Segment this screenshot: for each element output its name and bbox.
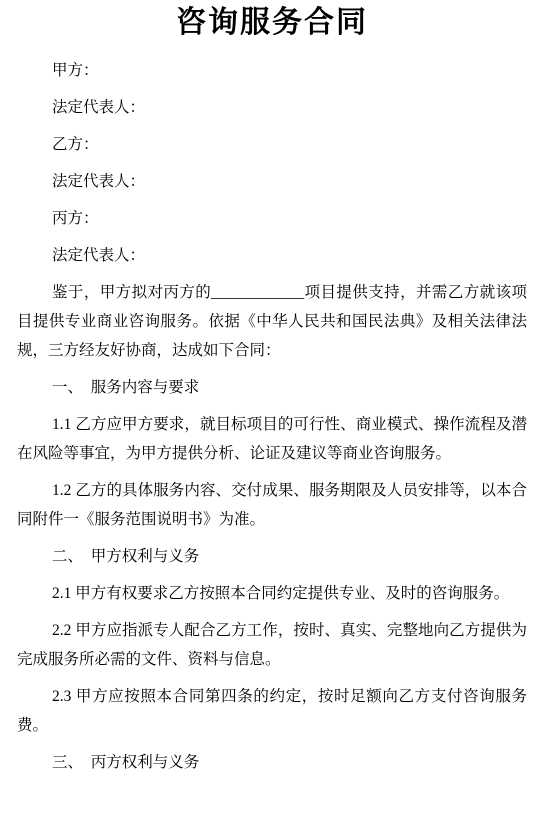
contract-page: 咨询服务合同 甲方： 法定代表人： 乙方： 法定代表人： 丙方： 法定代表人： …: [0, 0, 544, 816]
party-c-label: 丙方：: [17, 204, 527, 233]
clause-2-3: 2.3 甲方应按照本合同第四条的约定，按时足额向乙方支付咨询服务费。: [17, 682, 527, 740]
section-heading-1: 一、 服务内容与要求: [17, 373, 527, 402]
clause-2-1: 2.1 甲方有权要求乙方按照本合同约定提供专业、及时的咨询服务。: [17, 579, 527, 608]
party-b-label: 乙方：: [17, 130, 527, 159]
clause-1-2: 1.2 乙方的具体服务内容、交付成果、服务期限及人员安排等，以本合同附件一《服务…: [17, 476, 527, 534]
clause-1-1: 1.1 乙方应甲方要求，就目标项目的可行性、商业模式、操作流程及潜在风险等事宜，…: [17, 410, 527, 468]
party-a-legal-rep-label: 法定代表人：: [17, 93, 527, 122]
document-title: 咨询服务合同: [17, 2, 527, 44]
section-heading-2: 二、 甲方权利与义务: [17, 542, 527, 571]
party-a-label: 甲方：: [17, 56, 527, 85]
party-c-legal-rep-label: 法定代表人：: [17, 241, 527, 270]
preamble: 鉴于，甲方拟对丙方的____________项目提供支持，并需乙方就该项目提供专…: [17, 278, 527, 365]
party-b-legal-rep-label: 法定代表人：: [17, 167, 527, 196]
clause-2-2: 2.2 甲方应指派专人配合乙方工作，按时、真实、完整地向乙方提供为完成服务所必需…: [17, 616, 527, 674]
section-heading-3: 三、 丙方权利与义务: [17, 748, 527, 777]
